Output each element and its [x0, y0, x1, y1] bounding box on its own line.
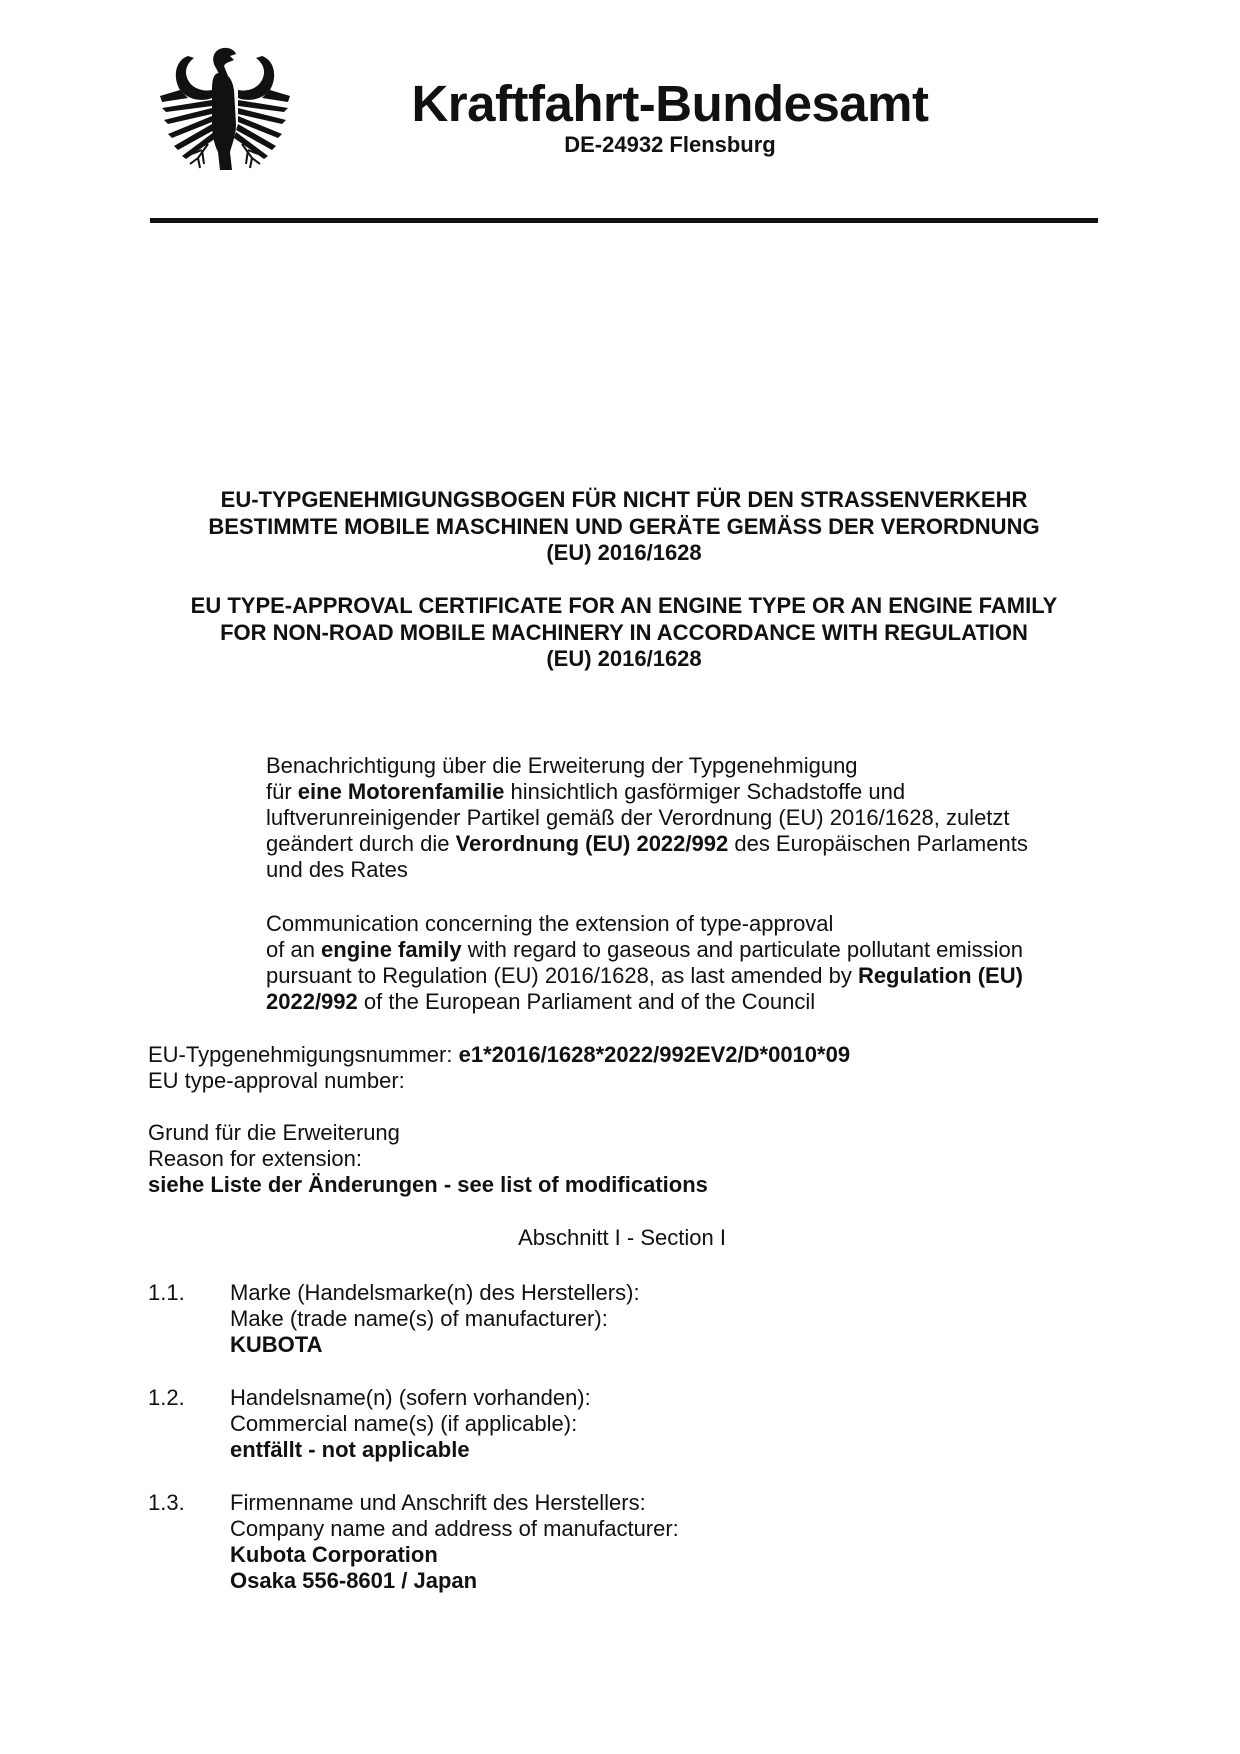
- reason-block: Grund für die Erweiterung Reason for ext…: [148, 1120, 1108, 1198]
- item-label-en: Commercial name(s) (if applicable):: [230, 1411, 1100, 1437]
- agency-address: DE-24932 Flensburg: [300, 132, 1040, 158]
- notice-paragraph-en: Communication concerning the extension o…: [266, 911, 1106, 1015]
- agency-name: Kraftfahrt-Bundesamt: [300, 74, 1040, 134]
- federal-eagle-icon: [158, 46, 292, 174]
- reason-value: siehe Liste der Änderungen - see list of…: [148, 1172, 708, 1197]
- notice-paragraph-de: Benachrichtigung über die Erweiterung de…: [266, 753, 1106, 883]
- approval-label-en: EU type-approval number:: [148, 1068, 1108, 1094]
- item-value: entfällt - not applicable: [230, 1437, 470, 1462]
- header-divider: [150, 218, 1098, 223]
- item-label-de: Firmenname und Anschrift des Herstellers…: [230, 1490, 1100, 1516]
- reason-label-de: Grund für die Erweiterung: [148, 1120, 1108, 1146]
- item-number: 1.1.: [148, 1280, 228, 1306]
- item-label-en: Make (trade name(s) of manufacturer):: [230, 1306, 1100, 1332]
- certificate-title-de: EU-TYPGENEHMIGUNGSBOGEN FÜR NICHT FÜR DE…: [150, 487, 1098, 567]
- item-label-de: Handelsname(n) (sofern vorhanden):: [230, 1385, 1100, 1411]
- approval-number: e1*2016/1628*2022/992EV2/D*0010*09: [459, 1042, 850, 1067]
- approval-number-block: EU-Typgenehmigungsnummer: e1*2016/1628*2…: [148, 1042, 1108, 1094]
- reason-label-en: Reason for extension:: [148, 1146, 1108, 1172]
- item-value: Kubota Corporation: [230, 1542, 438, 1567]
- section-heading: Abschnitt I - Section I: [148, 1225, 1096, 1251]
- item-number: 1.3.: [148, 1490, 228, 1516]
- item-value: Osaka 556-8601 / Japan: [230, 1568, 477, 1593]
- item-number: 1.2.: [148, 1385, 228, 1411]
- item-label-de: Marke (Handelsmarke(n) des Herstellers):: [230, 1280, 1100, 1306]
- item-label-en: Company name and address of manufacturer…: [230, 1516, 1100, 1542]
- approval-label-de: EU-Typgenehmigungsnummer:: [148, 1042, 459, 1067]
- item-value: KUBOTA: [230, 1332, 322, 1357]
- certificate-title-en: EU TYPE-APPROVAL CERTIFICATE FOR AN ENGI…: [150, 593, 1098, 673]
